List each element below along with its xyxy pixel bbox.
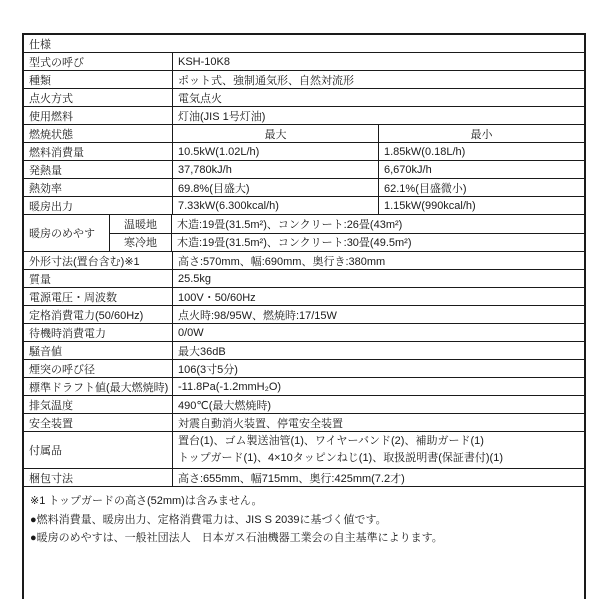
sub-row: 温暖地木造:19畳(31.5m²)、コンクリート:26畳(43m²) [110,215,584,234]
sub-row-value: 木造:19畳(31.5m²)、コンクリート:26畳(43m²) [172,215,584,233]
row-value: ポット式、強制通気形、自然対流形 [173,71,584,88]
row-value-max: 7.33kW(6.300kcal/h) [173,197,379,214]
spec-table: 仕様 型式の呼びKSH-10K8種類ポット式、強制通気形、自然対流形点火方式電気… [22,33,586,599]
spec-row: 標準ドラフト値(最大燃焼時)-11.8Pa(-1.2mmH₂O) [24,378,584,396]
row-value: 0/0W [173,324,584,341]
row-value: 対震自動消火装置、停電安全装置 [173,414,584,431]
row-label: 外形寸法(置台含む)※1 [24,252,173,269]
spec-row: 定格消費電力(50/60Hz)点火時:98/95W、燃焼時:17/15W [24,306,584,324]
row-label: 発熱量 [24,161,173,178]
row-value: 灯油(JIS 1号灯油) [173,107,584,124]
row-value-min: 1.85kW(0.18L/h) [379,143,584,160]
row-label: 質量 [24,270,173,287]
table-title: 仕様 [24,35,584,52]
row-label: 燃料消費量 [24,143,173,160]
row-value: 106(3寸5分) [173,360,584,377]
sub-row-value: 木造:19畳(31.5m²)、コンクリート:30畳(49.5m²) [172,234,584,252]
row-value-min: 1.15kW(990kcal/h) [379,197,584,214]
row-label: 暖房出力 [24,197,173,214]
spec-row: 排気温度490℃(最大燃焼時) [24,396,584,414]
row-value-min: 62.1%(目盛微小) [379,179,584,196]
spec-row: 騒音値最大36dB [24,342,584,360]
row-label: 種類 [24,71,173,88]
row-label: 暖房のめやす [24,215,110,251]
spec-row: 燃料消費量10.5kW(1.02L/h)1.85kW(0.18L/h) [24,143,584,161]
spec-row: 煙突の呼び径106(3寸5分) [24,360,584,378]
spec-row: 点火方式電気点火 [24,89,584,107]
spec-row: 外形寸法(置台含む)※1高さ:570mm、幅:690mm、奥行き:380mm [24,252,584,270]
row-value: 点火時:98/95W、燃焼時:17/15W [173,306,584,323]
group-subrows: 温暖地木造:19畳(31.5m²)、コンクリート:26畳(43m²)寒冷地木造:… [110,215,584,251]
row-value-max: 37,780kJ/h [173,161,379,178]
spec-row: 待機時消費電力0/0W [24,324,584,342]
row-label: 安全装置 [24,414,173,431]
sub-row-label: 寒冷地 [110,234,172,252]
footnote-3: ●暖房のめやすは、一般社団法人 日本ガス石油機器工業会の自主基準によります。 [30,529,578,548]
row-value-min: 6,670kJ/h [379,161,584,178]
row-label: 騒音値 [24,342,173,359]
spec-row: 質量25.5kg [24,270,584,288]
row-value-max: 69.8%(目盛大) [173,179,379,196]
row-value: KSH-10K8 [173,53,584,70]
row-label: 燃焼状態 [24,125,173,142]
row-value: 100V・50/60Hz [173,288,584,305]
sub-row: 寒冷地木造:19畳(31.5m²)、コンクリート:30畳(49.5m²) [110,234,584,252]
table-title-row: 仕様 [24,35,584,53]
spec-row: 付属品置台(1)、ゴム製送油管(1)、ワイヤーバンド(2)、補助ガード(1)トッ… [24,432,584,469]
row-value: 電気点火 [173,89,584,106]
row-label: 付属品 [24,432,173,468]
sub-row-label: 温暖地 [110,215,172,233]
footnote-2: ●燃料消費量、暖房出力、定格消費電力は、JIS S 2039に基づく値です。 [30,511,578,530]
spec-row: 発熱量37,780kJ/h6,670kJ/h [24,161,584,179]
row-label: 熱効率 [24,179,173,196]
row-value: 高さ:655mm、幅715mm、奥行:425mm(7.2才) [173,469,584,486]
row-label: 使用燃料 [24,107,173,124]
spec-row: 梱包寸法高さ:655mm、幅715mm、奥行:425mm(7.2才) [24,469,584,487]
row-label: 型式の呼び [24,53,173,70]
spec-row: 安全装置対震自動消火装置、停電安全装置 [24,414,584,432]
row-value: 最大36dB [173,342,584,359]
spec-row: 暖房のめやす温暖地木造:19畳(31.5m²)、コンクリート:26畳(43m²)… [24,215,584,252]
row-label: 排気温度 [24,396,173,413]
row-label: 点火方式 [24,89,173,106]
row-value-max: 10.5kW(1.02L/h) [173,143,379,160]
row-label: 待機時消費電力 [24,324,173,341]
spec-row: 電源電圧・周波数100V・50/60Hz [24,288,584,306]
max-column-header: 最大 [173,125,379,142]
min-column-header: 最小 [379,125,584,142]
spec-row: 型式の呼びKSH-10K8 [24,53,584,71]
row-value: -11.8Pa(-1.2mmH₂O) [173,378,584,395]
footnotes: ※1 トップガードの高さ(52mm)は含みません。 ●燃料消費量、暖房出力、定格… [24,487,584,548]
row-value-line: トップガード(1)、4×10タッピンねじ(1)、取扱説明書(保証書付)(1) [178,450,503,467]
row-value: 高さ:570mm、幅:690mm、奥行き:380mm [173,252,584,269]
row-value: 25.5kg [173,270,584,287]
row-value: 490℃(最大燃焼時) [173,396,584,413]
spec-row: 燃焼状態最大最小 [24,125,584,143]
row-label: 電源電圧・周波数 [24,288,173,305]
row-label: 煙突の呼び径 [24,360,173,377]
row-value-line: 置台(1)、ゴム製送油管(1)、ワイヤーバンド(2)、補助ガード(1) [178,433,484,450]
spec-row: 暖房出力7.33kW(6.300kcal/h)1.15kW(990kcal/h) [24,197,584,215]
row-label: 定格消費電力(50/60Hz) [24,306,173,323]
row-value: 置台(1)、ゴム製送油管(1)、ワイヤーバンド(2)、補助ガード(1)トップガー… [173,432,584,468]
spec-row: 熱効率69.8%(目盛大)62.1%(目盛微小) [24,179,584,197]
row-label: 標準ドラフト値(最大燃焼時) [24,378,173,395]
spec-rows: 型式の呼びKSH-10K8種類ポット式、強制通気形、自然対流形点火方式電気点火使… [24,53,584,487]
row-label: 梱包寸法 [24,469,173,486]
spec-row: 種類ポット式、強制通気形、自然対流形 [24,71,584,89]
spec-row: 使用燃料灯油(JIS 1号灯油) [24,107,584,125]
footnote-1: ※1 トップガードの高さ(52mm)は含みません。 [30,492,578,511]
